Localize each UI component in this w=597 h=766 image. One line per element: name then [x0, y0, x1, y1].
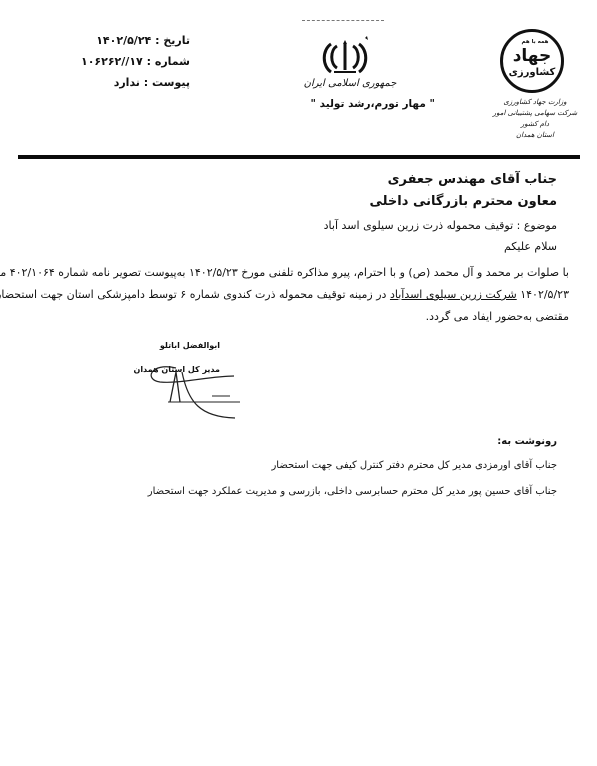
logo-title: جهاد: [503, 46, 561, 66]
logo-caption: وزارت جهاد کشاورزی شرکت سهامی پشتیبانی ا…: [490, 97, 580, 141]
subject-line: موضوع : توقیف محموله ذرت زرین سیلوی اسد …: [324, 219, 557, 232]
cc-item: جناب آقای حسین پور مدیر کل محترم حسابرسی…: [148, 486, 557, 497]
cc-label: رونوشت به:: [497, 436, 557, 447]
state-name: جمهوری اسلامی ایران: [300, 78, 400, 89]
number-value: ۱۷//۱۰۶۲۶۲: [81, 55, 143, 68]
logo-small-top: همه با هم: [503, 39, 567, 45]
attachment-value: ندارد: [114, 76, 140, 89]
attachment-row: پیوست : ندارد: [60, 72, 190, 93]
handwritten-signature-icon: [140, 362, 240, 432]
attachment-label: پیوست :: [144, 76, 190, 89]
emblem-block: جمهوری اسلامی ایران: [300, 8, 420, 98]
date-row: تاریخ : ۱۴۰۲/۵/۲۴: [60, 30, 190, 51]
number-label: شماره :: [147, 55, 190, 68]
date-value: ۱۴۰۲/۵/۲۴: [96, 34, 151, 47]
jahad-keshavarzi-logo: همه با هم جهاد کشاورزی وزارت جهاد کشاورز…: [490, 25, 585, 145]
recipient-title: معاون محترم بازرگانی داخلی: [369, 194, 557, 209]
body-line-2-suffix: در زمینه توقیف محموله ذرت کندوی شماره ۶ …: [0, 288, 390, 301]
iran-emblem-icon: [320, 36, 370, 78]
number-row: شماره : ۱۷//۱۰۶۲۶۲: [60, 51, 190, 72]
header-rule: [18, 155, 580, 159]
body-line-2: ۱۴۰۲/۵/۲۳ شرکت زرین سیلوی اسدآباد در زمی…: [9, 284, 569, 306]
letter-body: با صلوات بر محمد و آل محمد (ص) و با احتر…: [9, 262, 569, 328]
greeting: سلام علیکم: [504, 240, 557, 253]
date-label: تاریخ :: [155, 34, 190, 47]
cc-item: جناب آقای اورمزدی مدیر کل محترم دفتر کنت…: [271, 460, 557, 471]
body-line-2-prefix: ۱۴۰۲/۵/۲۳: [517, 288, 569, 301]
letter-meta: تاریخ : ۱۴۰۲/۵/۲۴ شماره : ۱۷//۱۰۶۲۶۲ پیو…: [60, 30, 190, 93]
logo-circle: همه با هم جهاد کشاورزی: [500, 29, 564, 93]
logo-caption-line: استان همدان: [490, 130, 580, 141]
signer-name: ابوالفضل اباتلو: [130, 341, 220, 350]
logo-caption-line: شرکت سهامی پشتیبانی امور دام کشور: [490, 108, 580, 130]
slogan: " مهار تورم،رشد تولید ": [285, 98, 435, 110]
body-line-1: با صلوات بر محمد و آل محمد (ص) و با احتر…: [9, 262, 569, 284]
body-line-3: مقتضی به‌حضور ایفاد می گردد.: [9, 306, 569, 328]
recipient-name: جناب آقای مهندس جعفری: [388, 172, 557, 187]
company-name-underlined: شرکت زرین سیلوی اسدآباد: [390, 288, 517, 301]
logo-subtitle: کشاورزی: [503, 67, 561, 78]
logo-caption-line: وزارت جهاد کشاورزی: [490, 97, 580, 108]
dashed-divider: [302, 20, 384, 21]
